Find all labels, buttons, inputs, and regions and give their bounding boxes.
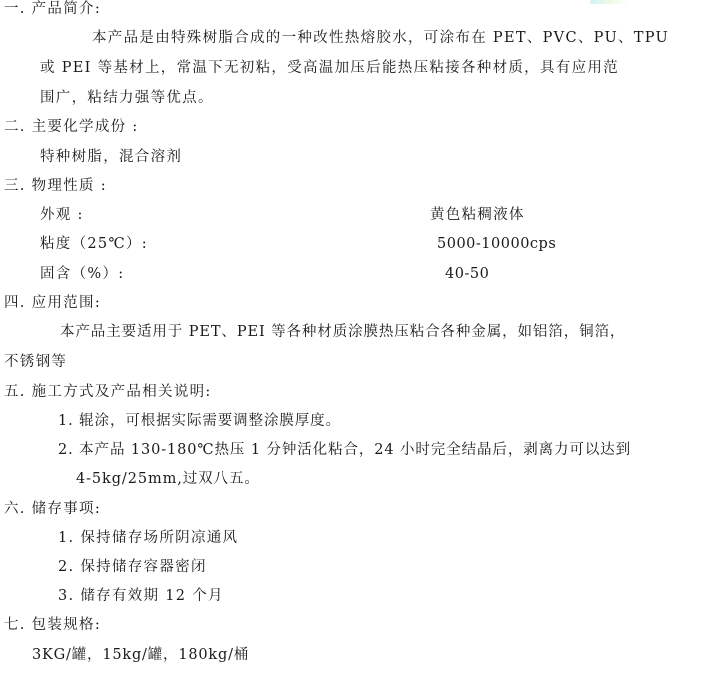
section-1-paragraph-line-1: 本产品是由特殊树脂合成的一种改性热熔胶水，可涂布在 PET、PVC、PU、TPU [92, 29, 669, 47]
section-2-body: 特种树脂，混合溶剂 [40, 148, 182, 166]
property-label-solid-content: 固含（%）: [40, 265, 124, 283]
section-5-heading: 五. 施工方式及产品相关说明: [4, 383, 212, 401]
section-4-heading: 四. 应用范围: [4, 294, 101, 312]
section-7-body: 3KG/罐，15kg/罐，180kg/桶 [32, 646, 249, 664]
decorative-glow [590, 0, 630, 4]
section-2-heading: 二. 主要化学成份 : [4, 118, 139, 136]
section-7-heading: 七. 包装规格: [4, 616, 101, 634]
section-3-heading: 三. 物理性质 : [4, 177, 107, 195]
property-value-solid-content: 40-50 [445, 265, 489, 283]
section-4-paragraph-line-2: 不锈钢等 [4, 353, 67, 371]
section-6-item-2: 2. 保持储存容器密闭 [58, 558, 207, 576]
property-value-appearance: 黄色粘稠液体 [430, 206, 525, 224]
section-1-paragraph-line-3: 围广，粘结力强等优点。 [40, 89, 214, 107]
property-label-viscosity: 粘度（25℃）: [40, 235, 148, 253]
section-1-paragraph-line-2: 或 PEI 等基材上，常温下无初粘，受高温加压后能热压粘接各种材质，具有应用范 [40, 59, 619, 77]
property-label-appearance: 外观 : [40, 206, 84, 224]
section-6-item-3: 3. 储存有效期 12 个月 [58, 587, 224, 605]
section-6-item-1: 1. 保持储存场所阴凉通风 [58, 529, 238, 547]
section-5-item-1: 1. 辊涂，可根据实际需要调整涂膜厚度。 [58, 412, 341, 430]
section-4-paragraph-line-1: 本产品主要适用于 PET、PEI 等各种材质涂膜热压粘合各种金属，如铝箔，铜箔， [60, 323, 625, 341]
section-1-heading: 一. 产品简介: [4, 0, 101, 18]
section-5-item-2: 2. 本产品 130-180℃热压 1 分钟活化粘合，24 小时完全结晶后，剥离… [58, 441, 631, 459]
section-6-heading: 六. 储存事项: [4, 500, 101, 518]
section-5-item-2-continuation: 4-5kg/25mm,过双八五。 [76, 470, 260, 488]
property-value-viscosity: 5000-10000cps [437, 235, 556, 253]
